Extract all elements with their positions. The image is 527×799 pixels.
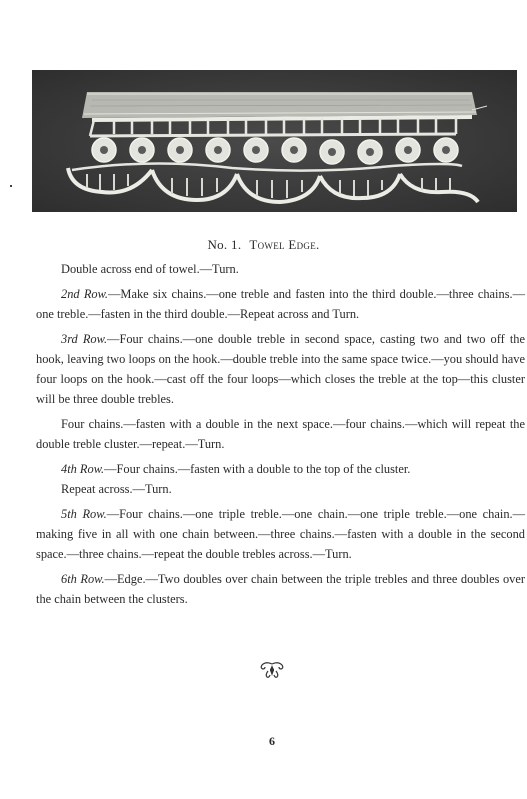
row-label: 2nd Row.	[61, 287, 108, 301]
figure-caption: No. 1.Towel Edge.	[0, 237, 527, 253]
instruction-row-3: 3rd Row.—Four chains.—one double treble …	[36, 329, 525, 409]
row-label: 4th Row.	[61, 462, 104, 476]
instruction-row-2: 2nd Row.—Make six chains.—one treble and…	[36, 284, 525, 324]
page-number: 6	[0, 734, 527, 749]
row-label: 6th Row.	[61, 572, 105, 586]
instruction-row-1: Double across end of towel.—Turn.	[36, 259, 525, 279]
towel-edge-photo	[32, 70, 517, 212]
figure-title: Towel Edge.	[249, 237, 319, 252]
instruction-row-6: 6th Row.—Edge.—Two doubles over chain be…	[36, 569, 525, 609]
print-speck	[10, 185, 12, 187]
instruction-row-4-repeat: Repeat across.—Turn.	[36, 479, 525, 499]
lace-illustration	[32, 70, 517, 212]
figure-number: No. 1.	[207, 237, 241, 252]
instruction-row-5: 5th Row.—Four chains.—one triple treble.…	[36, 504, 525, 564]
row-label: 5th Row.	[61, 507, 107, 521]
instruction-row-4: 4th Row.—Four chains.—fasten with a doub…	[36, 459, 525, 479]
instructions-body: Double across end of towel.—Turn. 2nd Ro…	[36, 259, 525, 614]
row-label: 3rd Row.	[61, 332, 107, 346]
instruction-row-3-continued: Four chains.—fasten with a double in the…	[36, 414, 525, 454]
floral-flourish-icon	[258, 661, 286, 679]
